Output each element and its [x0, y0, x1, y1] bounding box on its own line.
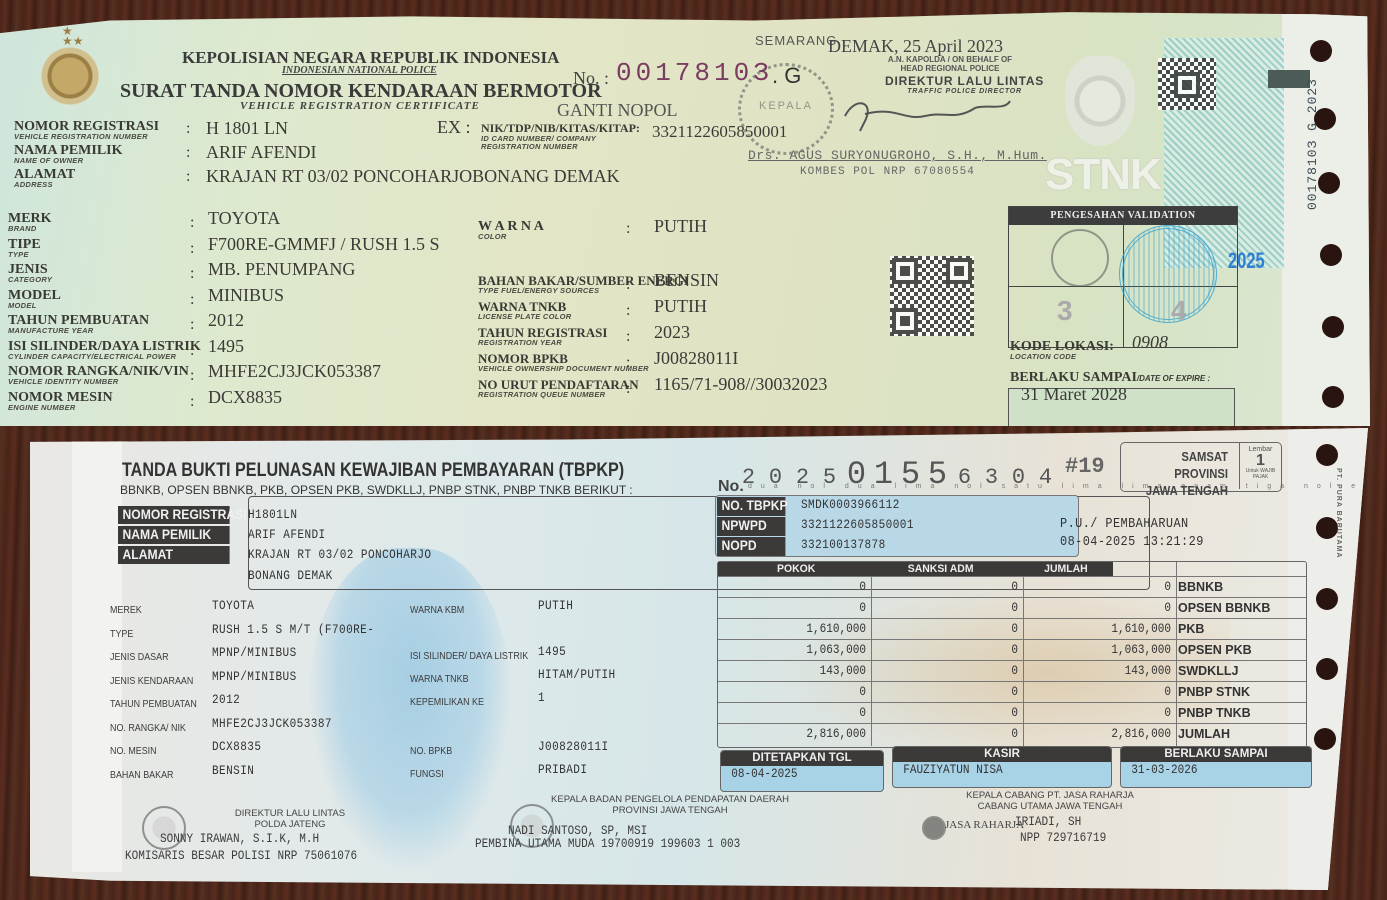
field-label: MERKBRAND [8, 212, 52, 233]
jasa-raharja-logo-text: JASA RAHARJA [945, 819, 1024, 831]
field-value: 2012 [208, 310, 244, 331]
field-value: TOYOTA [212, 598, 254, 613]
field-label: BAHAN BAKAR [110, 769, 173, 781]
perforation-hole [1316, 658, 1338, 680]
field-label: TAHUN PEMBUATANMANUFACTURE YEAR [8, 314, 149, 335]
samsat-box: SAMSAT PROVINSIJAWA TENGAH Lembar 1 Untu… [1120, 442, 1282, 492]
field-value: J00828011I [654, 348, 738, 369]
qr-code-icon [890, 256, 974, 336]
footer-cashier: KASIRFAUZIYATUN NISA [892, 746, 1112, 788]
field-label: JENISCATEGORY [8, 263, 52, 284]
signature-icon [835, 96, 1015, 136]
jasa-raharja-logo-icon [922, 816, 946, 840]
id-fields: NO. TBPKPSMDK0003966112NPWPD332112260585… [717, 497, 1077, 557]
field-label: W A R N ACOLOR [478, 220, 544, 241]
serial-label: No. : [573, 68, 609, 89]
qr-code-icon [1158, 58, 1216, 110]
perforation-hole [1318, 172, 1340, 194]
receipt-number-spelled: dua nol dua lima nol satu lima lima enam… [748, 483, 1387, 490]
field-label: NAMA PEMILIK [118, 526, 230, 544]
signatory-1-name: SONNY IRAWAN, S.I.K, M.H [160, 831, 319, 846]
perforation-hole [1322, 386, 1344, 408]
transaction-info: P.U./ PEMBAHARUAN 08-04-2025 13:21:29 [1060, 512, 1229, 554]
field-label: NO. MESIN [110, 745, 157, 757]
ex-label: EX : [437, 117, 471, 138]
field-label: NPWPD [717, 517, 785, 536]
signatory-2-id: PEMBINA UTAMA MUDA 19700919 199603 1 003 [475, 836, 740, 851]
column-jumlah: JUMLAH [1044, 562, 1088, 576]
field-label: NOPD [717, 537, 785, 556]
jumlah-value: 1,063,000 [1045, 642, 1171, 657]
field-row: JENIS KENDARAANMPNP/MINIBUS [110, 669, 410, 693]
field-value: PUTIH [538, 598, 573, 613]
pokok-value: 1,063,000 [740, 642, 866, 657]
field-owner-name: NAMA PEMILIKNAME OF OWNER : ARIF AFENDI [14, 144, 454, 168]
field-label: NO URUT PENDAFTARANREGISTRATION QUEUE NU… [478, 378, 639, 399]
owner-section: NOMOR REGISTRASIVEHICLE REGISTRATION NUM… [14, 120, 454, 192]
field-label: FUNGSI [410, 768, 444, 780]
field-row: NO URUT PENDAFTARANREGISTRATION QUEUE NU… [478, 378, 878, 404]
field-row: NO. MESINDCX8835 [110, 739, 410, 763]
pokok-value: 2,816,000 [740, 726, 866, 741]
field-row: NOMOR MESINENGINE NUMBER:DCX8835 [8, 391, 478, 417]
field-value: HITAM/PUTIH [538, 667, 616, 682]
expiry-date: 31 Maret 2028 [1009, 384, 1234, 405]
field-value: MHFE2CJ3JCK053387 [212, 716, 332, 731]
field-value: 1 [538, 690, 545, 705]
field-value: MPNP/MINIBUS [212, 645, 297, 660]
issue-place-date: DEMAK, 25 April 2023 [828, 36, 1003, 57]
field-label: WARNA TNKB [410, 673, 469, 685]
field-label: JENIS KENDARAAN [110, 675, 193, 687]
payment-row: 2,816,00002,816,000JUMLAH [718, 723, 1306, 745]
jumlah-value: 1,610,000 [1045, 621, 1171, 636]
star-icon: ★★★ [62, 26, 84, 46]
field-value: DCX8835 [212, 739, 261, 754]
jumlah-value: 0 [1045, 684, 1171, 699]
tbpkp-receipt: PT. PURA BARUTAMA TANDA BUKTI PELUNASAN … [30, 428, 1368, 890]
field-label: NAMA PEMILIKNAME OF OWNER [14, 144, 123, 165]
sanksi-value: 0 [891, 579, 1019, 594]
owner-field-row: NOMOR REGISTRASIH1801LN [118, 506, 738, 526]
perforation-hole [1316, 444, 1338, 466]
field-address: ALAMATADDRESS : KRAJAN RT 03/02 PONCOHAR… [14, 168, 454, 192]
jumlah-value: 0 [1045, 579, 1171, 594]
field-value: 2012 [212, 692, 240, 707]
validation-cell-3: 3 [1057, 295, 1073, 327]
payment-name: OPSEN BBNKB [1178, 601, 1270, 615]
field-label: NOMOR REGISTRASI [118, 506, 230, 524]
perforation-hole [1322, 316, 1344, 338]
payment-name: PNBP TNKB [1178, 706, 1251, 720]
field-row: NO. BPKBJ00828011I [410, 739, 690, 761]
expiry-box: 31 Maret 2028 [1008, 388, 1235, 428]
document-title-en: VEHICLE REGISTRATION CERTIFICATE [240, 100, 480, 112]
receipt-title: TANDA BUKTI PELUNASAN KEWAJIBAN PEMBAYAR… [122, 460, 624, 482]
signatory-2-title: KEPALA BADAN PENGELOLA PENDAPATAN DAERAH… [540, 794, 800, 816]
field-label: MODELMODEL [8, 289, 61, 310]
field-label: TIPETYPE [8, 238, 41, 259]
payment-table-header: POKOK SANKSI ADM JUMLAH [718, 562, 1113, 576]
field-value: MPNP/MINIBUS [212, 669, 297, 684]
owner-field-row: NAMA PEMILIKARIF AFENDI [118, 526, 738, 546]
field-label: NOMOR REGISTRASIVEHICLE REGISTRATION NUM… [14, 120, 159, 141]
field-label: WARNA TNKBLICENSE PLATE COLOR [478, 300, 571, 321]
field-value: H1801LN [248, 507, 297, 522]
payment-name: JUMLAH [1178, 727, 1230, 741]
field-row: KEPEMILIKAN KE1 [410, 690, 690, 712]
sheet-number: Lembar 1 Untuk WAJIB PAJAK [1239, 443, 1281, 489]
director-title: DIREKTUR LALU LINTASTRAFFIC POLICE DIREC… [885, 74, 1044, 95]
field-value: F700RE-GMMFJ / RUSH 1.5 S [208, 234, 440, 255]
field-value: H 1801 LN [206, 118, 288, 139]
owner-section: NOMOR REGISTRASIH1801LNNAMA PEMILIKARIF … [118, 506, 738, 566]
pokok-value: 0 [740, 705, 866, 720]
vehicle-details-left: MERKBRAND:TOYOTATIPETYPE:F700RE-GMMFJ / … [8, 212, 478, 416]
field-row: JENIS DASARMPNP/MINIBUS [110, 645, 410, 669]
payment-row: 1,063,00001,063,000OPSEN PKB [718, 639, 1306, 661]
owner-field-row: ALAMATKRAJAN RT 03/02 PONCOHARJOBONANG D… [118, 546, 738, 566]
on-behalf-text: A.N. KAPOLDA / ON BEHALF OF HEAD REGIONA… [880, 55, 1020, 73]
vehicle-details-right: BAHAN BAKAR/SUMBER ENERGITYPE FUEL/ENERG… [478, 274, 878, 404]
field-label: NOMOR MESINENGINE NUMBER [8, 391, 113, 412]
agency-name-en: INDONESIAN NATIONAL POLICE [282, 65, 437, 76]
field-label: NOMOR RANGKA/NIK/VINVEHICLE IDENTITY NUM… [8, 365, 189, 386]
official-rank: KOMBES POL NRP 67080554 [800, 166, 975, 178]
validation-year-stamp: 2025 [1228, 248, 1265, 274]
payment-row: 000OPSEN BBNKB [718, 597, 1306, 619]
perforation-hole [1310, 40, 1332, 62]
field-value: BENSIN [212, 763, 254, 778]
field-value: 1495 [208, 336, 244, 357]
stnk-watermark: STNK [1045, 150, 1161, 200]
id-field-row: NO. TBPKPSMDK0003966112 [717, 497, 1077, 517]
field-label: ISI SILINDER/ DAYA LISTRIK [410, 650, 528, 662]
field-label: KEPEMILIKAN KE [410, 696, 484, 708]
black-marker-bar [1268, 70, 1310, 88]
sanksi-value: 0 [891, 621, 1019, 636]
payment-table: POKOK SANKSI ADM JUMLAH 000BBNKB000OPSEN… [717, 561, 1307, 748]
official-name: Drs. AGUS SURYONUGROHO, S.H., M.Hum. [748, 148, 1047, 163]
pokok-value: 0 [740, 600, 866, 615]
field-row: TYPERUSH 1.5 S M/T (F700RE- [110, 622, 410, 646]
field-value: 332100137878 [801, 537, 886, 552]
jumlah-value: 0 [1045, 600, 1171, 615]
payment-row: 143,0000143,000SWDKLLJ [718, 660, 1306, 682]
payment-row: 000BBNKB [718, 576, 1306, 598]
jumlah-value: 0 [1045, 705, 1171, 720]
field-value: ARIF AFENDI [248, 527, 326, 542]
field-value: DCX8835 [208, 387, 282, 408]
receipt-subtitle: BBNKB, OPSEN BBNKB, PKB, OPSEN PKB, SWDK… [120, 483, 633, 497]
issue-note: GANTI NOPOL [557, 100, 678, 121]
column-pokok: POKOK [777, 562, 815, 576]
field-value: PUTIH [654, 296, 707, 317]
field-row: WARNA KBMPUTIH [410, 598, 690, 620]
payment-name: PNBP STNK [1178, 685, 1250, 699]
samsat-line2: JAWA TENGAH [1129, 483, 1228, 500]
payment-name: OPSEN PKB [1178, 643, 1252, 657]
field-label: TAHUN PEMBUATAN [110, 698, 197, 710]
sanksi-value: 0 [891, 726, 1019, 741]
id-card-value: 3321122605850001 [652, 122, 787, 142]
location-code-value: 0908 [1132, 332, 1168, 353]
field-value: KRAJAN RT 03/02 PONCOHARJO [248, 547, 431, 562]
field-value: TOYOTA [208, 208, 280, 229]
field-label: ALAMATADDRESS [14, 168, 75, 189]
field-row: NO. RANGKA/ NIKMHFE2CJ3JCK053387 [110, 716, 410, 740]
field-value: BENSIN [654, 270, 719, 291]
signatory-1-title: DIREKTUR LALU LINTASPOLDA JATENG [215, 808, 365, 830]
police-emblem-icon [40, 40, 100, 112]
field-label: NO. RANGKA/ NIK [110, 722, 186, 734]
pokok-value: 0 [740, 684, 866, 699]
field-value: MB. PENUMPANG [208, 259, 355, 280]
field-value: MHFE2CJ3JCK053387 [208, 361, 381, 382]
pokok-value: 1,610,000 [740, 621, 866, 636]
perforation-hole [1316, 588, 1338, 610]
column-sanksi: SANKSI ADM [908, 562, 974, 576]
field-value: 1495 [538, 644, 566, 659]
field-value: 1165/71-908//30032023 [654, 374, 827, 395]
sanksi-value: 0 [891, 684, 1019, 699]
field-label: MEREK [110, 604, 142, 616]
field-value: MINIBUS [208, 285, 284, 306]
footer-valid-until: BERLAKU SAMPAI31-03-2026 [1120, 746, 1312, 788]
director-title-text: DIREKTUR LALU LINTAS [885, 74, 1044, 88]
payment-name: BBNKB [1178, 580, 1223, 594]
id-field-row: NPWPD3321122605850001 [717, 517, 1077, 537]
field-row: WARNA TNKBHITAM/PUTIH [410, 667, 690, 689]
field-label: NOMOR BPKBVEHICLE OWNERSHIP DOCUMENT NUM… [478, 352, 649, 373]
validation-cell-4: 4 [1171, 295, 1187, 327]
sanksi-value: 0 [891, 642, 1019, 657]
field-label: NO. BPKB [410, 745, 452, 757]
signatory-3-name: IRIADI, SH [1015, 814, 1081, 829]
validation-header: PENGESAHAN VALIDATION [1009, 207, 1237, 225]
field-value: PUTIH [654, 216, 707, 237]
field-value: SMDK0003966112 [801, 497, 900, 512]
receipt-number-suffix: #19 [1065, 454, 1105, 479]
field-label: TYPE [110, 628, 133, 640]
jumlah-value: 2,816,000 [1045, 726, 1171, 741]
field-value: ARIF AFENDI [206, 142, 317, 163]
stnk-certificate: 0017810З G 2023 ★★★ KEPOLISIAN NEGARA RE… [0, 8, 1370, 426]
stamp-text: KEPALA [741, 100, 831, 112]
signatory-1-id: KOMISARIS BESAR POLISI NRP 75061076 [125, 848, 357, 863]
id-card-label: NIK/TDP/NIB/KITAS/KITAP:ID CARD NUMBER/ … [481, 122, 640, 151]
perforation-hole [1314, 728, 1336, 750]
side-serial: 0017810З G 2023 [1305, 78, 1320, 210]
field-value: KRAJAN RT 03/02 PONCOHARJOBONANG DEMAK [206, 166, 620, 187]
field-registration-number: NOMOR REGISTRASIVEHICLE REGISTRATION NUM… [14, 120, 454, 144]
field-value: RUSH 1.5 S M/T (F700RE- [212, 622, 374, 637]
director-title-en: TRAFFIC POLICE DIRECTOR [885, 88, 1044, 95]
payment-row: 000PNBP TNKB [718, 702, 1306, 724]
field-row: BAHAN BAKARBENSIN [110, 763, 410, 787]
validation-box: PENGESAHAN VALIDATION 3 4 [1008, 206, 1238, 348]
field-row: ISI SILINDER/ DAYA LISTRIK1495 [410, 644, 690, 666]
field-label: ISI SILINDER/DAYA LISTRIKCYLINDER CAPACI… [8, 340, 201, 361]
signatory-3-id: NPP 729716719 [1020, 830, 1106, 845]
footer-assessment-date: DITETAPKAN TGL08-04-2025 [720, 750, 884, 792]
payment-name: PKB [1178, 622, 1204, 636]
perforation-hole [1320, 244, 1342, 266]
transaction-datetime: 08-04-2025 13:21:29 [1060, 530, 1204, 554]
jumlah-value: 143,000 [1045, 663, 1171, 678]
field-value: PRIBADI [538, 762, 587, 777]
field-value-line2: BONANG DEMAK [248, 568, 333, 583]
field-label: NO. TBPKP [717, 497, 785, 516]
validation-stamp-2 [1119, 225, 1217, 323]
field-value: 3321122605850001 [801, 517, 914, 532]
field-row: FUNGSIPRIBADI [410, 762, 690, 784]
payment-name: SWDKLLJ [1178, 664, 1238, 678]
field-row: TAHUN PEMBUATAN2012 [110, 692, 410, 716]
sanksi-value: 0 [891, 705, 1019, 720]
sanksi-value: 0 [891, 600, 1019, 615]
payment-row: 000PNBP STNK [718, 681, 1306, 703]
pokok-value: 143,000 [740, 663, 866, 678]
pokok-value: 0 [740, 579, 866, 594]
expiry-label: BERLAKU SAMPAI/DATE OF EXPIRE : [1010, 371, 1210, 385]
location-code-label: KODE LOKASI:LOCATION CODE [1010, 340, 1114, 361]
field-value: 2023 [654, 322, 690, 343]
id-field-row: NOPD332100137878 [717, 537, 1077, 557]
print-city: SEMARANG [755, 33, 837, 48]
vehicle-details-left: MEREKTOYOTATYPERUSH 1.5 S M/T (F700RE-JE… [110, 598, 410, 786]
field-label: ALAMAT [118, 546, 230, 564]
signatory-3-title: KEPALA CABANG PT. JASA RAHARJACABANG UTA… [960, 790, 1140, 812]
validation-stamp-1 [1051, 229, 1109, 287]
field-row: MEREKTOYOTA [110, 598, 410, 622]
field-value: J00828011I [538, 739, 609, 754]
printer-name: PT. PURA BARUTAMA [1335, 468, 1342, 559]
payment-row: 1,610,00001,610,000PKB [718, 618, 1306, 640]
samsat-line1: SAMSAT PROVINSI [1129, 449, 1228, 483]
sanksi-value: 0 [891, 663, 1019, 678]
field-label: WARNA KBM [410, 604, 464, 616]
field-label: JENIS DASAR [110, 651, 169, 663]
police-watermark-emblem [1065, 56, 1135, 146]
field-label: TAHUN REGISTRASIREGISTRATION YEAR [478, 326, 607, 347]
